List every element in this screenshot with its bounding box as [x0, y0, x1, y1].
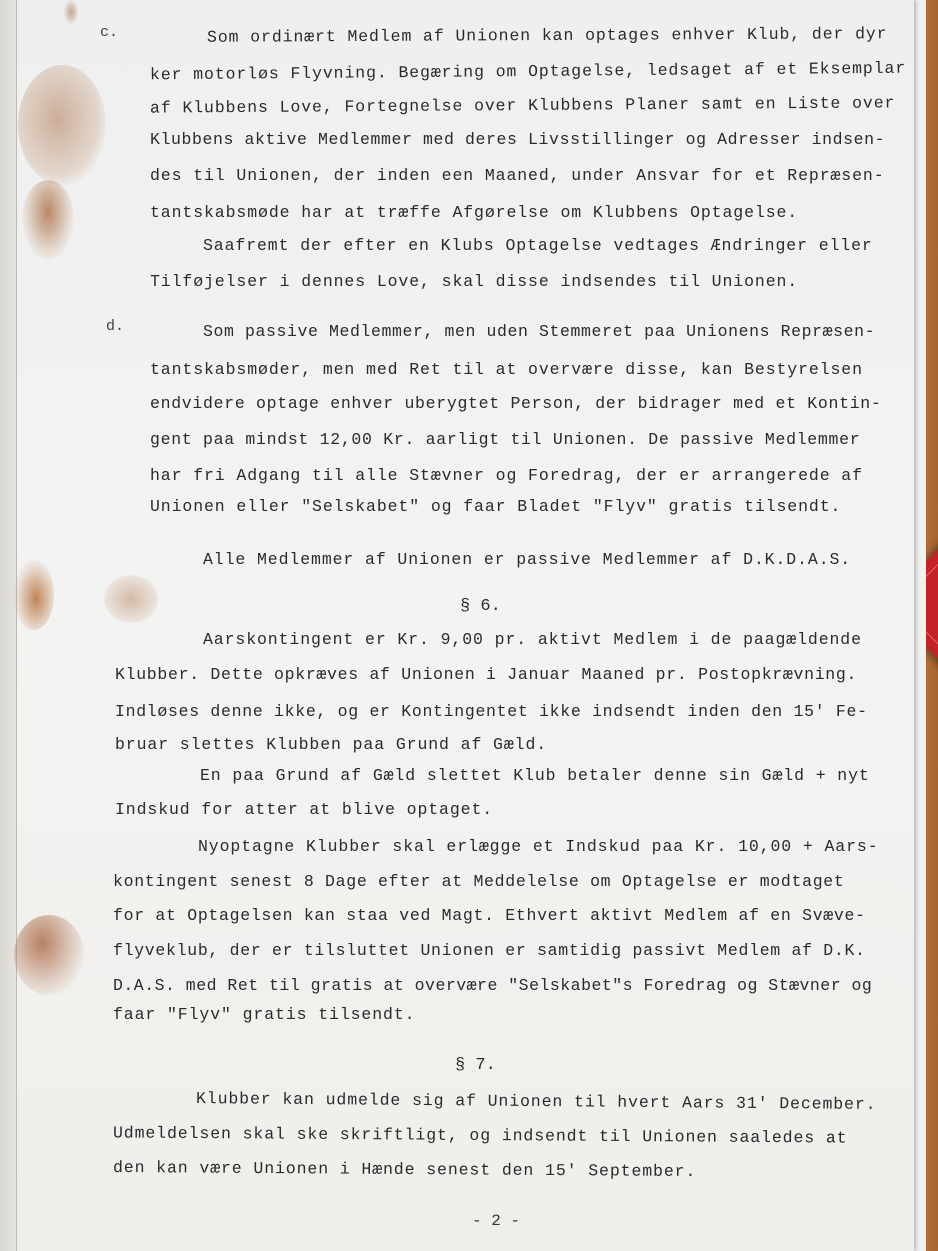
text-line: har fri Adgang til alle Stævner og Fored…	[150, 466, 863, 485]
section-heading-6: § 6.	[460, 597, 501, 616]
text-line: En paa Grund af Gæld slettet Klub betale…	[200, 766, 870, 785]
rust-stain	[14, 915, 84, 995]
text-line: tantskabsmøde har at træffe Afgørelse om…	[150, 203, 798, 222]
rust-stain	[14, 560, 54, 630]
text-line: faar "Flyv" gratis tilsendt.	[113, 1005, 415, 1024]
section-heading-7: § 7.	[455, 1056, 496, 1075]
text-line: Saafremt der efter en Klubs Optagelse ve…	[203, 236, 873, 255]
text-line: des til Unionen, der inden een Maaned, u…	[150, 166, 885, 185]
text-line: tantskabsmøder, men med Ret til at overv…	[150, 360, 863, 379]
rust-stain	[104, 575, 158, 623]
text-line: endvidere optage enhver uberygtet Person…	[150, 394, 882, 413]
text-line: Unionen eller "Selskabet" og faar Bladet…	[150, 497, 841, 516]
text-line: kontingent senest 8 Dage efter at Meddel…	[113, 872, 845, 891]
text-line: D.A.S. med Ret til gratis at overvære "S…	[113, 976, 872, 995]
text-line: Klubbens aktive Medlemmer med deres Livs…	[150, 130, 885, 149]
rust-stain	[22, 180, 74, 260]
text-line: Alle Medlemmer af Unionen er passive Med…	[203, 550, 851, 569]
text-line: flyveklub, der er tilsluttet Unionen er …	[113, 941, 866, 960]
text-line: Tilføjelser i dennes Love, skal disse in…	[150, 272, 798, 291]
section-marker-d: d.	[106, 318, 124, 335]
text-line: Aarskontingent er Kr. 9,00 pr. aktivt Me…	[203, 630, 862, 649]
page-stack-edge	[0, 0, 17, 1251]
page-number: - 2 -	[472, 1212, 520, 1230]
text-line: for at Optagelsen kan staa ved Magt. Eth…	[113, 906, 866, 925]
text-line: den kan være Unionen i Hænde senest den …	[113, 1158, 696, 1181]
text-line: Nyoptagne Klubber skal erlægge et Indsku…	[198, 837, 879, 856]
text-line: Indskud for atter at blive optaget.	[115, 800, 493, 819]
text-line: gent paa mindst 12,00 Kr. aarligt til Un…	[150, 430, 860, 449]
text-line: Som ordinært Medlem af Unionen kan optag…	[207, 24, 888, 47]
rust-stain	[64, 0, 78, 24]
text-line: bruar slettes Klubben paa Grund af Gæld.	[115, 735, 547, 754]
rust-stain	[18, 65, 106, 185]
section-marker-c: c.	[100, 24, 118, 41]
text-line: Indløses denne ikke, og er Kontingentet …	[115, 702, 868, 721]
text-line: Som passive Medlemmer, men uden Stemmere…	[203, 322, 875, 341]
text-line: Klubber. Dette opkræves af Unionen i Jan…	[115, 665, 857, 684]
